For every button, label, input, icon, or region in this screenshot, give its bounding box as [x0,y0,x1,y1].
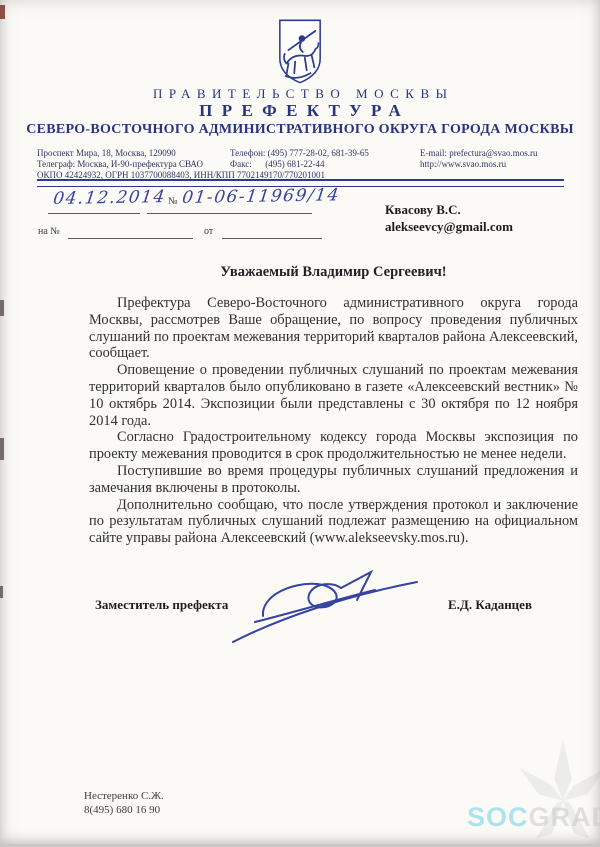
handwritten-date: 04.12.2014 [52,187,167,209]
executor-phone: 8(495) 680 16 90 [84,803,164,817]
paragraph: Префектура Северо-Восточного администрат… [89,295,578,362]
recipient-name: Квасову В.С. [385,201,513,218]
watermark-part1: SOC [467,802,529,832]
contact-telegraph: Телеграф: Москва, И-90-префектура СВАО [37,159,203,169]
salutation: Уважаемый Владимир Сергеевич! [89,264,578,281]
recipient-email: alekseevcy@gmail.com [385,218,513,235]
recipient-block: Квасову В.С. alekseevcy@gmail.com [385,201,513,235]
moscow-coat-of-arms-icon [276,18,324,86]
scan-artifact [0,586,3,598]
scan-artifact [0,300,4,316]
reply-to-label: на № [38,226,60,237]
watermark-part2: GRAD [529,802,600,832]
reply-to-underline [68,237,193,239]
contact-email: E-mail: prefectura@svao.mos.ru [420,148,538,158]
government-title: ПРАВИТЕЛЬСТВО МОСКВЫ [0,86,600,102]
number-underline [147,212,312,214]
handwritten-number: 01-06-11969/14 [181,185,341,208]
watermark-text: SOCGRAD [467,802,600,833]
scan-artifact [0,438,4,460]
letter-body: Префектура Северо-Восточного администрат… [89,295,578,547]
district-title: СЕВЕРО-ВОСТОЧНОГО АДМИНИСТРАТИВНОГО ОКРУ… [0,122,600,138]
contact-fax: Факс: (495) 681-22-44 [230,159,325,169]
signatory-title: Заместитель префекта [95,597,228,613]
contact-address: Проспект Мира, 18, Москва, 129090 [37,148,176,158]
paragraph: Согласно Градостроительному кодексу горо… [89,429,578,463]
from-underline [222,237,322,239]
paragraph: Дополнительно сообщаю, что после утвержд… [89,497,578,547]
from-label: от [204,226,213,237]
date-underline [48,212,140,214]
scan-artifact [0,5,5,19]
handwritten-signature [225,560,425,655]
contact-website: http://www.svao.mos.ru [420,159,506,169]
scanned-letter-page: ПРАВИТЕЛЬСТВО МОСКВЫ ПРЕФЕКТУРА СЕВЕРО-В… [0,0,600,847]
paragraph: Поступившие во время процедуры публичных… [89,463,578,497]
prefecture-title: ПРЕФЕКТУРА [0,101,600,121]
executor-block: Нестеренко С.Ж. 8(495) 680 16 90 [84,789,164,817]
signatory-name: Е.Д. Каданцев [448,597,532,613]
number-sign-label: № [168,196,178,207]
paragraph: Оповещение о проведении публичных слушан… [89,362,578,429]
contact-phone: Телефон: (495) 777-28-02, 681-39-65 [230,148,369,158]
executor-name: Нестеренко С.Ж. [84,789,164,803]
